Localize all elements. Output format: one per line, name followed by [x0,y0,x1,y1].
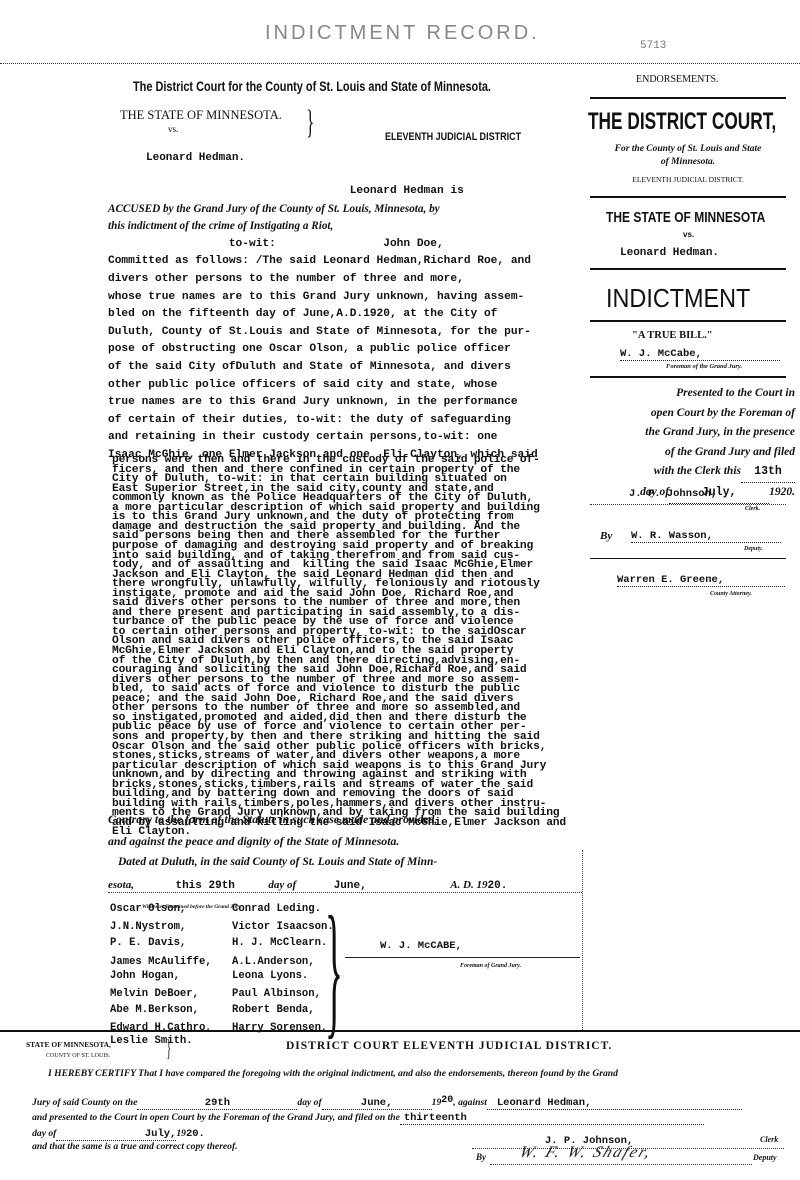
cert-clerk-caption: Clerk [760,1135,778,1144]
dated-line: Dated at Duluth, in the said County of S… [118,856,437,868]
endorse-district: ELEVENTH JUDICIAL DISTRICT. [588,175,788,184]
witness-name: Leona Lyons. [232,970,308,982]
cert-text: 19 [176,1128,186,1139]
presented-statement: Presented to the Court in open Court by … [585,384,795,504]
cert-filed-month: July, [56,1128,176,1141]
body-line: Leonard Hedman is [108,184,578,198]
endorse-divider-3 [590,268,786,270]
endorse-foreman-caption: Foreman of the Grand Jury. [666,363,742,370]
district-label: ELEVENTH JUDICIAL DISTRICT [385,131,521,143]
body-line: other public police officers of said cit… [108,378,578,392]
cert-text: and that the same is a true and correct … [32,1141,237,1152]
witness-row: P. E. Davis,H. J. McClearn. [110,937,327,949]
witness-row: Abe M.Berkson,Robert Benda, [110,1004,315,1016]
cert-county: COUNTY OF ST. LOUIS. [46,1053,110,1059]
filed-year-prefix: 19 [769,486,781,498]
filed-day: 13th [741,462,795,483]
presented-line: the Grand Jury, in the presence [585,423,795,443]
body-line: of the said City ofDuluth and State of M… [108,360,578,374]
cert-filed-year: 20. [186,1128,205,1140]
witness-name: H. J. McClearn. [232,937,327,949]
endorsements-label: ENDORSEMENTS. [636,74,719,85]
endorse-defendant: Leonard Hedman. [620,247,719,259]
attorney-caption: County Attorney. [710,591,752,597]
endorse-attorney: Warren E. Greene, [617,574,785,587]
witness-row: J.N.Nystrom,Victor Isaacson. [110,921,334,933]
witness-name: James McAuliffe, [110,956,232,968]
witness-row: Melvin DeBoer,Paul Albinson, [110,988,321,1000]
cert-filed-day: thirteenth [400,1112,704,1125]
body-line: of certain of their duties, to-wit: the … [108,413,578,427]
court-subtitle-line-1: For the County of St. Louis and State [588,143,788,156]
witness-name: P. E. Davis, [110,937,232,949]
filed-year: 20. [781,486,795,498]
clerk-line [590,504,786,505]
body-line: bled on the fifteenth day of June,A.D.19… [108,307,578,321]
witness-brace: } [325,894,343,1044]
cert-deputy-signature: W. F. W. Shafer, [517,1144,655,1162]
endorse-vs: vs. [683,230,694,239]
cert-court: DISTRICT COURT ELEVENTH JUDICIAL DISTRIC… [286,1040,612,1052]
witness-row: James McAuliffe,A.L.Anderson, [110,956,315,968]
endorse-divider-4 [590,320,786,322]
dated-day: this 29th [175,880,234,892]
dated-line-2: esota, this 29th day of June, A. D. 1920… [108,878,582,893]
witness-name: Oscar Olson, [110,903,232,915]
presented-line: Presented to the Court in [585,384,795,404]
body-line: and against the peace and dignity of the… [108,834,578,848]
witness-name: J.N.Nystrom, [110,921,232,933]
witness-name: Victor Isaacson. [232,921,334,933]
witness-name: A.L.Anderson, [232,956,315,968]
cert-brace: } [166,1036,171,1063]
deputy-caption: Deputy. [744,546,763,552]
header-divider [0,63,800,64]
endorse-divider-1 [590,97,786,99]
body-line: pose of obstructing one Oscar Olson, a p… [108,342,578,356]
court-heading: The District Court for the County of St.… [133,78,491,94]
presented-line: with the Clerk this13th [585,462,795,483]
body-line: true names are to this Grand Jury unknow… [108,395,578,409]
witness-row: John Hogan,Leona Lyons. [110,970,308,982]
cert-deputy-line [490,1164,752,1165]
cert-by-label: By [476,1152,486,1162]
witness-name: John Hogan, [110,970,232,982]
cert-text: day of [32,1128,56,1139]
caption-defendant: Leonard Hedman. [146,152,245,164]
presented-line: of the Grand Jury and filed [585,443,795,463]
body-line: divers other persons to the number of th… [108,272,578,286]
cert-line-1: I HEREBY CERTIFY That I have compared th… [48,1068,618,1079]
body-line: and retaining in their custody certain p… [108,430,578,444]
witness-name: Robert Benda, [232,1004,315,1016]
endorse-foreman: W. J. McCabe, [620,348,780,361]
court-subtitle-line-2: of Minnesota. [588,156,788,169]
endorse-divider-5 [590,376,786,378]
endorse-divider-6 [590,558,786,559]
witness-name: Conrad Leding. [232,903,321,915]
cert-deputy-caption: Deputy [753,1153,777,1162]
endorse-court-subtitle: For the County of St. Louis and State of… [588,143,788,169]
body-line: Committed as follows: /The said Leonard … [108,254,578,268]
endorse-deputy: W. R. Wasson, [631,530,781,543]
dated-prefix: esota, [108,879,134,891]
dated-ad: A. D. 19 [450,879,487,891]
document-title: INDICTMENT RECORD. [265,22,540,45]
presented-line: open Court by the Foreman of [585,404,795,424]
endorse-document-type: INDICTMENT [606,283,750,314]
endorse-by-label: By [600,530,612,542]
witness-name: Abe M.Berkson, [110,1004,232,1016]
caption-state: THE STATE OF MINNESOTA. [120,108,282,123]
certificate-divider [0,1030,800,1032]
true-bill-label: "A TRUE BILL." [632,330,713,341]
caption-brace: } [306,106,314,140]
witness-name: Melvin DeBoer, [110,988,232,1000]
dated-day-of: day of [268,879,296,891]
witness-name: Harry Sorensen, [232,1022,327,1034]
body-line: Contrary to the form of the Statute in s… [108,812,578,826]
foreman-signature: W. J. McCABE, [380,940,462,952]
foreman-line [345,957,580,958]
caption-vs: vs. [168,124,178,134]
endorse-divider-2 [590,196,786,198]
body-line: ACCUSED by the Grand Jury of the County … [108,202,578,216]
endorse-state: THE STATE OF MINNESOTA [606,209,765,226]
cert-line-4: day ofJuly,1920. and that the same is a … [26,1117,238,1152]
witness-name: Edward H.Cathro, [110,1022,232,1034]
foreman-caption: Foreman of Grand Jury. [460,963,521,969]
dated-year: 20. [488,880,508,892]
witness-row: Oscar Olson,Conrad Leding. [110,903,321,915]
cert-state: STATE OF MINNESOTA, [26,1040,111,1049]
file-number: 5713 [640,40,666,52]
column-divider [582,850,583,1030]
body-line: to-wit: John Doe, [108,237,578,251]
body-line: Duluth, County of St.Louis and State of … [108,325,578,339]
clerk-caption: Clerk. [745,506,760,512]
body-line: this indictment of the crime of Instigat… [108,219,578,233]
presented-text: with the Clerk this [654,465,741,477]
endorse-clerk: J. P. Johnson, [629,488,717,500]
witness-row: Edward H.Cathro,Harry Sorensen, [110,1022,327,1034]
witness-name: Paul Albinson, [232,988,321,1000]
body-line: whose true names are to this Grand Jury … [108,290,578,304]
endorse-court-title: THE DISTRICT COURT, [588,108,776,136]
